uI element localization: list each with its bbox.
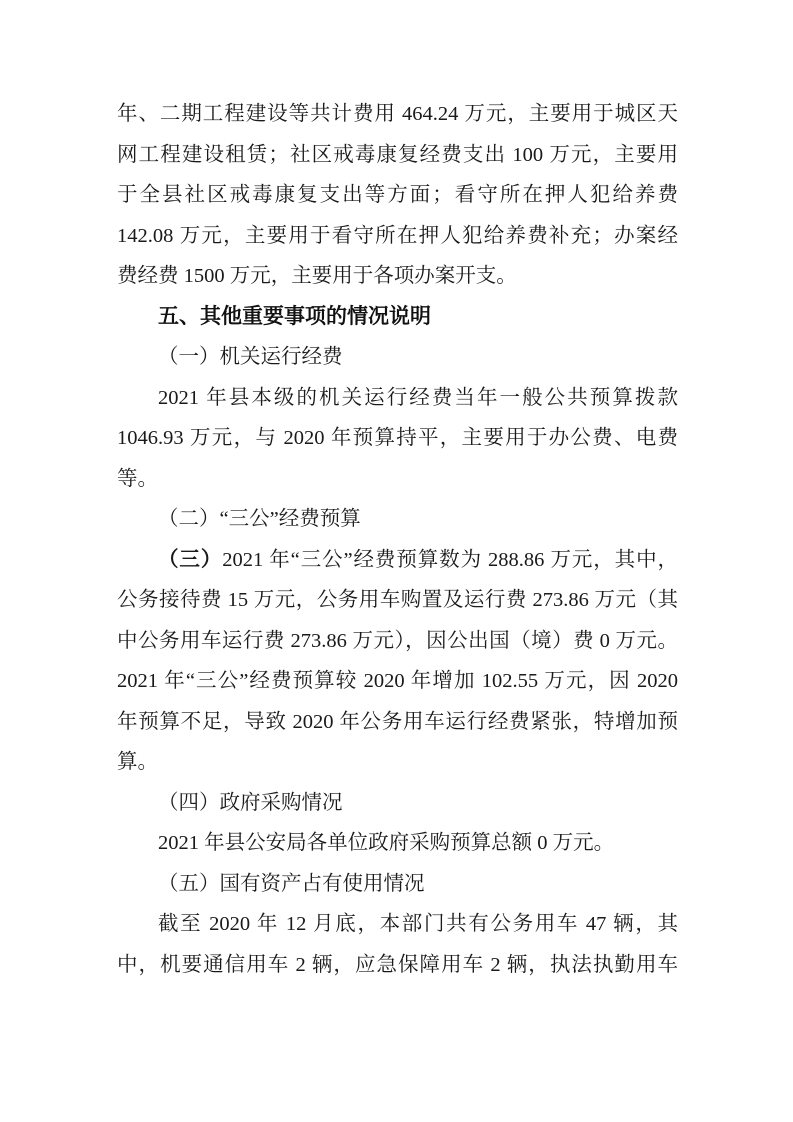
document-line: 于全县社区戒毒康复支出等方面；看守所在押人犯给养费 (117, 175, 678, 216)
document-line: （四）政府采购情况 (117, 783, 678, 824)
document-line: 算。 (117, 742, 678, 783)
section-heading: 五、其他重要事项的情况说明 (117, 297, 678, 338)
document-line: 公务接待费 15 万元，公务用车购置及运行费 273.86 万元（其 (117, 580, 678, 621)
document-line-text: 2021 年“三公”经费预算数为 288.86 万元，其中， (222, 549, 678, 571)
document-line: 1046.93 万元，与 2020 年预算持平，主要用于办公费、电费 (117, 418, 678, 459)
document-text-block: 年、二期工程建设等共计费用 464.24 万元，主要用于城区天网工程建设租赁；社… (117, 94, 678, 985)
document-line: 截至 2020 年 12 月底，本部门共有公务用车 47 辆，其 (117, 904, 678, 945)
document-page: 年、二期工程建设等共计费用 464.24 万元，主要用于城区天网工程建设租赁；社… (0, 0, 793, 1122)
document-line: 网工程建设租赁；社区戒毒康复经费支出 100 万元，主要用 (117, 135, 678, 176)
document-line: 2021 年县公安局各单位政府采购预算总额 0 万元。 (117, 823, 678, 864)
bold-list-marker: （三） (158, 549, 222, 571)
document-line: 2021 年“三公”经费预算较 2020 年增加 102.55 万元，因 202… (117, 661, 678, 702)
document-line: （一）机关运行经费 (117, 337, 678, 378)
document-line: 142.08 万元，主要用于看守所在押人犯给养费补充；办案经 (117, 216, 678, 257)
document-line: （五）国有资产占有使用情况 (117, 864, 678, 905)
document-line: 中，机要通信用车 2 辆，应急保障用车 2 辆，执法执勤用车 (117, 945, 678, 986)
document-line: 费经费 1500 万元，主要用于各项办案开支。 (117, 256, 678, 297)
document-line: 2021 年县本级的机关运行经费当年一般公共预算拨款 (117, 378, 678, 419)
document-line: （三）2021 年“三公”经费预算数为 288.86 万元，其中， (117, 540, 678, 581)
document-line: （二）“三公”经费预算 (117, 499, 678, 540)
document-line: 年预算不足，导致 2020 年公务用车运行经费紧张，特增加预 (117, 702, 678, 743)
document-line: 中公务用车运行费 273.86 万元），因公出国（境）费 0 万元。 (117, 621, 678, 662)
document-line: 等。 (117, 459, 678, 500)
document-line: 年、二期工程建设等共计费用 464.24 万元，主要用于城区天 (117, 94, 678, 135)
